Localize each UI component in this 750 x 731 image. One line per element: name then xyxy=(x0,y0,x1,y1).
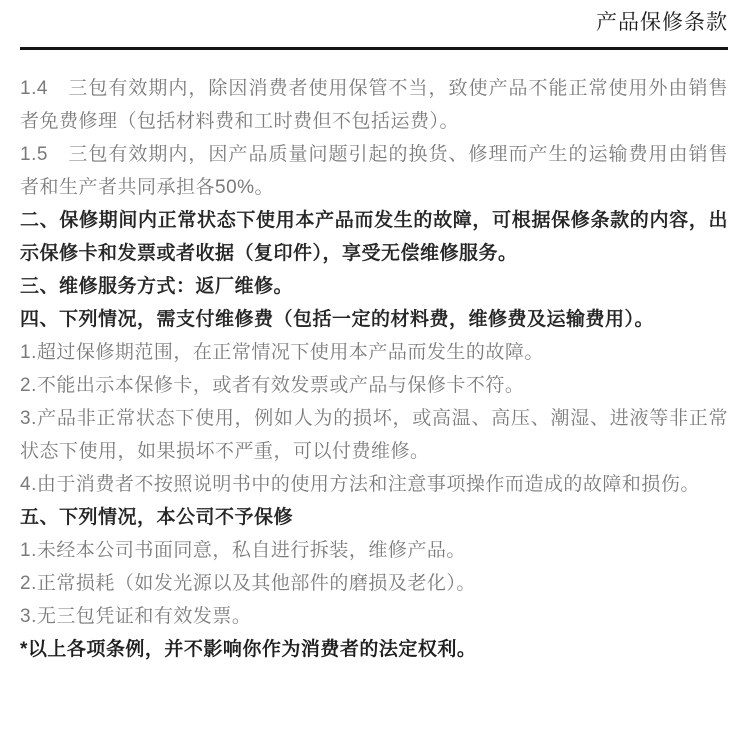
section-4-item-1: 1.超过保修期范围，在正常情况下使用本产品而发生的故障。 xyxy=(20,336,728,369)
section-5-item-1: 1.未经本公司书面同意，私自进行拆装，维修产品。 xyxy=(20,534,728,567)
legal-rights-footnote: *以上各项条例，并不影响你作为消费者的法定权利。 xyxy=(20,633,728,666)
document-header: 产品保修条款 xyxy=(20,8,728,50)
section-5-heading: 五、下列情况，本公司不予保修 xyxy=(20,501,728,534)
section-4-item-3: 3.产品非正常状态下使用，例如人为的损坏，或高温、高压、潮湿、进液等非正常状态下… xyxy=(20,402,728,468)
section-3-heading: 三、维修服务方式：返厂维修。 xyxy=(20,270,728,303)
section-4-item-2: 2.不能出示本保修卡，或者有效发票或产品与保修卡不符。 xyxy=(20,369,728,402)
clause-1-4: 1.4 三包有效期内，除因消费者使用保管不当，致使产品不能正常使用外由销售者免费… xyxy=(20,72,728,138)
section-4-item-4: 4.由于消费者不按照说明书中的使用方法和注意事项操作而造成的故障和损伤。 xyxy=(20,468,728,501)
section-2-heading: 二、保修期间内正常状态下使用本产品而发生的故障，可根据保修条款的内容，出示保修卡… xyxy=(20,204,728,270)
section-4-heading: 四、下列情况，需支付维修费（包括一定的材料费，维修费及运输费用）。 xyxy=(20,303,728,336)
warranty-content: 1.4 三包有效期内，除因消费者使用保管不当，致使产品不能正常使用外由销售者免费… xyxy=(20,50,728,666)
warranty-document-page: 产品保修条款 1.4 三包有效期内，除因消费者使用保管不当，致使产品不能正常使用… xyxy=(0,0,750,666)
section-5-item-3: 3.无三包凭证和有效发票。 xyxy=(20,600,728,633)
page-title: 产品保修条款 xyxy=(20,8,728,36)
section-5-item-2: 2.正常损耗（如发光源以及其他部件的磨损及老化）。 xyxy=(20,567,728,600)
clause-1-5: 1.5 三包有效期内，因产品质量问题引起的换货、修理而产生的运输费用由销售者和生… xyxy=(20,138,728,204)
